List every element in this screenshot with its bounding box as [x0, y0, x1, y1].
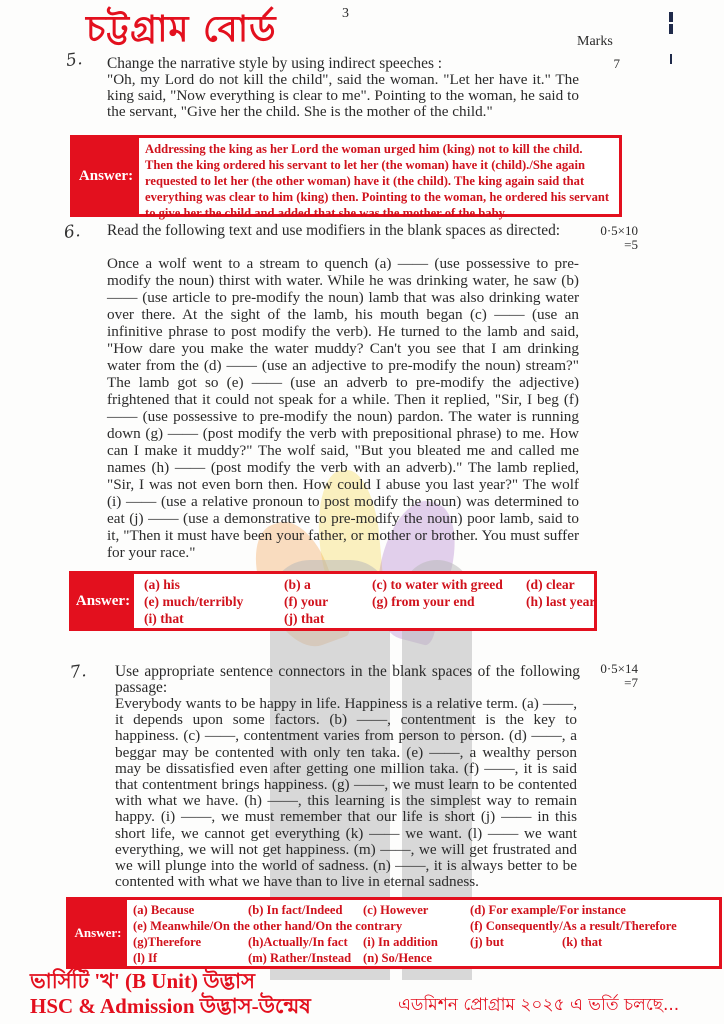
answer-label: Answer:	[72, 574, 134, 628]
q6-marks: 0·5×10 =5	[580, 224, 638, 252]
q5-passage: "Oh, my Lord do not kill the child", sai…	[107, 72, 579, 120]
q6-marks-line2: =5	[580, 238, 638, 252]
q7-answer-item: (k) that	[562, 934, 662, 950]
q6-answer-item	[372, 610, 526, 627]
q7-marks: 0·5×14 =7	[580, 662, 638, 690]
q6-answer-item: (g) from your end	[372, 593, 526, 610]
edge-mark	[669, 12, 673, 22]
q6-answer-item: (i) that	[144, 610, 284, 627]
q6-marks-line1: 0·5×10	[580, 224, 638, 238]
marks-header: Marks	[577, 34, 613, 50]
q7-instruction: Use appropriate sentence connectors in t…	[115, 664, 580, 696]
q5-instruction: Change the narrative style by using indi…	[107, 56, 579, 72]
board-title: চট্টগ্রাম বোর্ড	[86, 2, 277, 62]
q7-answer-item: (g)Therefore	[133, 934, 248, 950]
footer-promo: এডমিশন প্রোগ্রাম ২০২৫ এ ভর্তি চলছে...	[398, 992, 679, 1020]
question-number-7: 7.	[69, 661, 88, 683]
q6-answer-item	[526, 610, 636, 627]
q5-answer-box: Answer: Addressing the king as her Lord …	[70, 135, 622, 217]
edge-mark	[670, 54, 672, 64]
q6-answer-item: (b) a	[284, 576, 372, 593]
q7-answer-item: (l) If	[133, 950, 248, 966]
q6-answer-item: (d) clear	[526, 576, 636, 593]
q7-answer-item: (j) but	[470, 934, 562, 950]
q6-answer-item: (j) that	[284, 610, 372, 627]
question-number-6: 6.	[63, 221, 82, 243]
q6-answer-item: (a) his	[144, 576, 284, 593]
q6-answer-item: (f) your	[284, 593, 372, 610]
q7-answer-item: (d) For example/For instance	[470, 902, 710, 918]
q6-passage: Once a wolf went to a stream to quench (…	[107, 255, 579, 561]
q7-answers: (a) Because(b) In fact/Indeed(c) However…	[127, 900, 720, 966]
q5-answer-text: Addressing the king as her Lord the woma…	[139, 138, 619, 214]
page-number: 3	[342, 6, 349, 22]
q7-marks-line2: =7	[580, 676, 638, 690]
q7-answer-item: (b) In fact/Indeed	[248, 902, 363, 918]
q7-passage: Everybody wants to be happy in life. Hap…	[115, 696, 577, 890]
q6-answer-item: (e) much/terribly	[144, 593, 284, 610]
q7-answer-item: (i) In addition	[363, 934, 470, 950]
q6-instruction: Read the following text and use modifier…	[107, 223, 579, 239]
q7-answer-item: (n) So/Hence	[363, 950, 493, 966]
q7-marks-line1: 0·5×14	[580, 662, 638, 676]
q5-marks: 7	[600, 57, 620, 71]
q7-answer-item: (f) Consequently/As a result/Therefore	[470, 918, 720, 934]
q7-answer-item: (h)Actually/In fact	[248, 934, 363, 950]
q7-answer-box: Answer: (a) Because(b) In fact/Indeed(c)…	[66, 897, 722, 969]
q7-answer-item: (a) Because	[133, 902, 248, 918]
footer-brand-line: HSC & Admission উদ্ভাস-উন্মেষ	[30, 990, 311, 1024]
q6-answers: (a) his(b) a(c) to water with greed(d) c…	[134, 574, 636, 628]
edge-mark	[669, 24, 673, 34]
answer-label: Answer:	[69, 900, 127, 966]
q7-answer-item: (e) Meanwhile/On the other hand/On the c…	[133, 918, 470, 934]
q6-answer-box: Answer: (a) his(b) a(c) to water with gr…	[69, 571, 597, 631]
q6-answer-item: (c) to water with greed	[372, 576, 526, 593]
question-number-5: 5.	[65, 49, 84, 71]
q7-answer-item: (m) Rather/Instead	[248, 950, 363, 966]
answer-label: Answer:	[73, 138, 139, 214]
q6-answer-item: (h) last year	[526, 593, 636, 610]
q7-answer-item: (c) However	[363, 902, 470, 918]
